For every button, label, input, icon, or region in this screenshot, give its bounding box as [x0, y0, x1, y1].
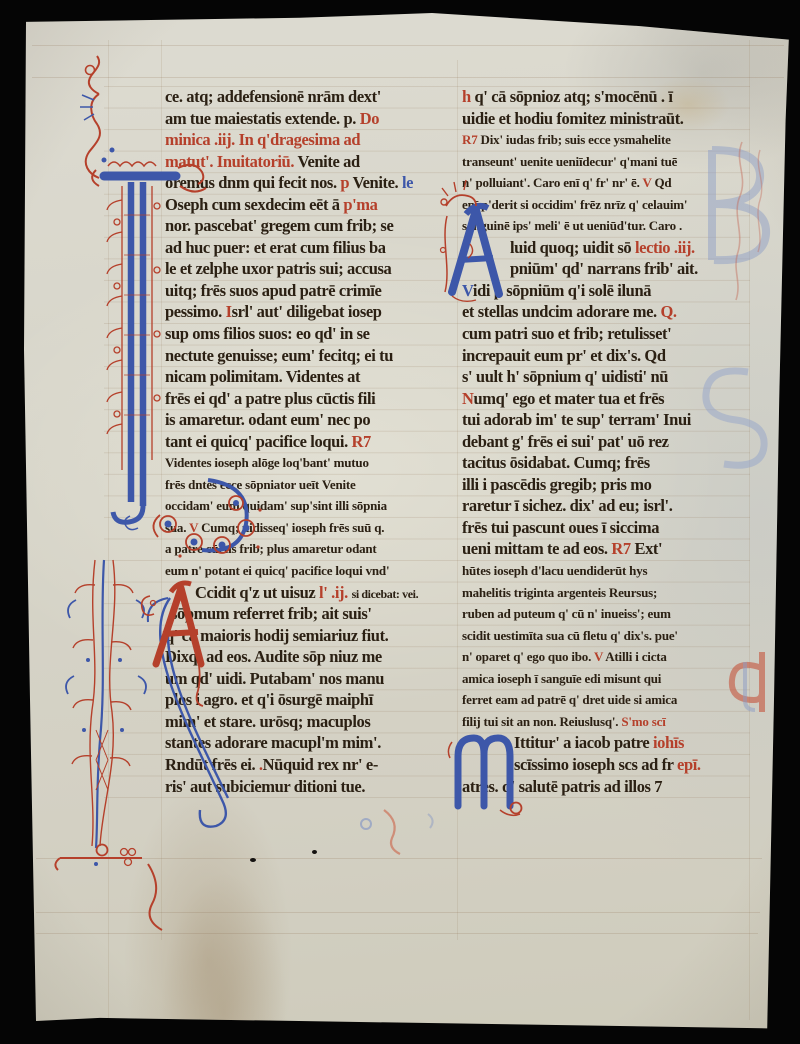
text-segment: atres. q' salutē patris ad illos 7: [462, 777, 662, 796]
text-segment: illi i pascēdis gregib; pris mo: [462, 475, 651, 494]
text-line: n' polluiant'. Caro enī q' fr' nr' ē. V …: [462, 172, 754, 194]
text-line: oremus dnm qui fecit nos. p Venite. le: [165, 172, 463, 194]
text-line: sanguinē ips' meli' ē ut ueniūd'tur. Car…: [462, 215, 754, 237]
text-segment: ferret eam ad patrē q' dret uide si amic…: [462, 692, 677, 707]
text-line: transeunt' uenite ueniīdecur' q'mani tuē: [462, 151, 754, 173]
text-segment: ruben ad puteum q' cū n' inueiss'; eum: [462, 606, 671, 621]
text-line: n' oparet q' ego quo ibo. V Atilli i cic…: [462, 646, 754, 668]
parchment-leaf: ce. atq; addefensionē nrām dext'am tue m…: [0, 0, 800, 1044]
text-line: sōpmum referret frib; ait suis': [165, 603, 463, 625]
ruling-line-vertical: [108, 40, 109, 1020]
text-segment: V: [189, 520, 201, 535]
ruling-line: [36, 912, 760, 913]
text-segment: l' .ij.: [319, 583, 352, 602]
text-segment: Cumq; uidisseq' ioseph frēs suū q.: [201, 520, 384, 535]
text-line: pniūm' qd' narrans frib' ait.: [462, 258, 754, 280]
text-segment: epī.: [677, 755, 701, 774]
text-segment: le: [402, 173, 413, 192]
text-line: filij tui sit an non. Reiuslusq'. S'mo s…: [462, 711, 754, 733]
text-line: is amaretur. odant eum' nec po: [165, 409, 463, 431]
text-segment: n' polluiant'. Caro enī q' fr' nr' ē.: [462, 175, 642, 190]
text-line: enī p'derit si occidim' frēz nrīz q' cel…: [462, 194, 754, 216]
text-segment: frēs dntes ecce sōpniator ueīt Venite: [165, 477, 356, 492]
text-segment: ueni mittam te ad eos.: [462, 539, 611, 558]
text-column-right: h q' cā sōpnioz atq; s'mocēnū . īuidie e…: [462, 86, 754, 797]
text-segment: Nūquid rex nr' e-: [263, 755, 378, 774]
text-segment: Atilli i cicta: [605, 649, 666, 664]
text-segment: amica ioseph ī sanguīe edi misunt qui: [462, 671, 661, 686]
text-line: Ccidit q'z ut uisuz l' .ij. si dicebat: …: [165, 582, 463, 604]
text-segment: is amaretur. odant eum' nec po: [165, 410, 370, 429]
text-line: cum patri suo et frib; retulisset': [462, 323, 754, 345]
text-segment: idi p sōpniūm q'i solē ilunā: [473, 281, 651, 300]
text-line: hūtes ioseph d'lacu uendiderūt hys: [462, 560, 754, 582]
text-segment: Ext': [634, 539, 662, 558]
text-segment: a patre cūctis frib; plus amaretur odant: [165, 541, 377, 556]
text-segment: ris' aut subiciemur ditioni tue.: [165, 777, 365, 796]
text-line: ce. atq; addefensionē nrām dext': [165, 86, 463, 108]
text-segment: oremus dnm qui fecit nos.: [165, 173, 340, 192]
text-segment: lectio .iij.: [635, 238, 695, 257]
text-line: Rndūt frēs ei. .Nūquid rex nr' e-: [165, 754, 463, 776]
text-segment: n' oparet q' ego quo ibo.: [462, 649, 594, 664]
text-segment: ce. atq; addefensionē nrām dext': [165, 87, 381, 106]
text-line: h q' cā sōpnioz atq; s'mocēnū . ī: [462, 86, 754, 108]
text-segment: V: [642, 175, 654, 190]
text-line: s' uult h' sōpnium q' uidisti' nū: [462, 366, 754, 388]
text-segment: srl' aut' diligebat iosep: [232, 302, 382, 321]
text-line: ad huc puer: et erat cum filius ba: [165, 237, 463, 259]
text-segment: enī p'derit si occidim' frēz nrīz q' cel…: [462, 197, 687, 212]
photograph-background: ce. atq; addefensionē nrām dext'am tue m…: [0, 0, 800, 1044]
text-segment: S'mo scī: [621, 714, 665, 729]
text-segment: si dicebat: vei.: [352, 587, 419, 601]
text-line: Numq' ego et mater tua et frēs: [462, 388, 754, 410]
text-segment: scīssimo ioseph scs ad fr: [514, 755, 677, 774]
text-line: ruben ad puteum q' cū n' inueiss'; eum: [462, 603, 754, 625]
text-line: q' cā maioris hodij semiariuz fiut.: [165, 625, 463, 647]
text-segment: raretur ī sichez. dix' ad eu; isrl'.: [462, 496, 672, 515]
text-line: matut'. Inuitatoriū. Venite ad: [165, 151, 463, 173]
text-line: R7 Dix' iudas frib; suis ecce ysmahelite: [462, 129, 754, 151]
text-line: scīssimo ioseph scs ad fr epī.: [462, 754, 754, 776]
ruling-line-vertical: [161, 40, 162, 940]
text-segment: cum patri suo et frib; retulisset': [462, 324, 671, 343]
text-line: ueni mittam te ad eos. R7 Ext': [462, 538, 754, 560]
parchment-speck: [312, 850, 317, 854]
text-line: sup oms filios suos: eo qd' in se: [165, 323, 463, 345]
text-segment: mim' et stare. urōsq; macuplos: [165, 712, 370, 731]
text-line: ferret eam ad patrē q' dret uide si amic…: [462, 689, 754, 711]
text-line: occidam' eum quidam' sup'sint illi sōpni…: [165, 495, 463, 517]
text-line: mim' et stare. urōsq; macuplos: [165, 711, 463, 733]
text-line: Ittitur' a iacob patre iohīs: [462, 732, 754, 754]
text-segment: matut'. Inuitatoriū.: [165, 152, 297, 171]
text-segment: N: [462, 389, 474, 408]
text-line: illi i pascēdis gregib; pris mo: [462, 474, 754, 496]
text-line: uitq; frēs suos apud patrē crimīe: [165, 280, 463, 302]
text-segment: ad huc puer: et erat cum filius ba: [165, 238, 386, 257]
text-segment: p'ma: [343, 195, 377, 214]
text-segment: R7: [352, 432, 371, 451]
text-segment: am tue maiestatis extende. p.: [165, 109, 360, 128]
text-line: nicam polimitam. Videntes at: [165, 366, 463, 388]
ruling-line: [32, 45, 784, 46]
text-segment: et stellas undcim adorare me.: [462, 302, 661, 321]
text-line: Oseph cum sexdecim eēt ā p'ma: [165, 194, 463, 216]
text-segment: le et zelphe uxor patris sui; accusa: [165, 259, 391, 278]
text-line: luid quoq; uidit sō lectio .iij.: [462, 237, 754, 259]
text-segment: luid quoq; uidit sō: [510, 238, 635, 257]
text-segment: Qd: [654, 175, 671, 190]
text-segment: V: [462, 281, 473, 300]
text-segment: R7: [611, 539, 634, 558]
text-segment: uitq; frēs suos apud patrē crimīe: [165, 281, 381, 300]
text-line: amica ioseph ī sanguīe edi misunt qui: [462, 668, 754, 690]
text-line: ris' aut subiciemur ditioni tue.: [165, 776, 463, 798]
text-line: frēs dntes ecce sōpniator ueīt Venite: [165, 474, 463, 496]
text-line: nor. pascebat' gregem cum frib; se: [165, 215, 463, 237]
text-line: sua. V Cumq; uidisseq' ioseph frēs suū q…: [165, 517, 463, 539]
text-segment: h: [462, 87, 471, 106]
text-segment: pniūm' qd' narrans frib' ait.: [510, 259, 698, 278]
text-segment: nectute genuisse; eum' fecitq; ei tu: [165, 346, 393, 365]
text-segment: increpauit eum pr' et dix's. Qd: [462, 346, 666, 365]
text-segment: Q.: [661, 302, 677, 321]
text-segment: transeunt' uenite ueniīdecur' q'mani tuē: [462, 154, 677, 169]
text-line: Dixq; ad eos. Audite sōp niuz me: [165, 646, 463, 668]
text-segment: Ccidit q'z ut uisuz: [195, 583, 319, 602]
ruling-line: [32, 77, 784, 78]
text-segment: s' uult h' sōpnium q' uidisti' nū: [462, 367, 668, 386]
text-segment: occidam' eum quidam' sup'sint illi sōpni…: [165, 498, 387, 513]
text-line: tui adorab im' te sup' terram' Inui: [462, 409, 754, 431]
text-segment: pessimo.: [165, 302, 226, 321]
text-segment: umq' ego et mater tua et frēs: [474, 389, 665, 408]
text-line: plos i agro. et q'i ōsurgē maiphī: [165, 689, 463, 711]
text-segment: Venite.: [353, 173, 402, 192]
text-segment: Oseph cum sexdecim eēt ā: [165, 195, 343, 214]
text-line: scidit uestimīta sua cū fletu q' dix's. …: [462, 625, 754, 647]
ruling-line: [36, 858, 762, 859]
text-line: stantes adorare macupl'm mim'.: [165, 732, 463, 754]
text-segment: stantes adorare macupl'm mim'.: [165, 733, 381, 752]
text-segment: mahelitis triginta argenteis Reursus;: [462, 585, 657, 600]
text-segment: sua.: [165, 520, 189, 535]
text-line: Videntes ioseph alōge loq'bant' mutuo: [165, 452, 463, 474]
text-segment: iohīs: [653, 733, 684, 752]
text-segment: V: [594, 649, 605, 664]
text-line: frēs ei qd' a patre plus cūctis fili: [165, 388, 463, 410]
text-segment: debant g' frēs ei sui' pat' uō rez: [462, 432, 669, 451]
text-line: minica .iij. In q'dragesima ad: [165, 129, 463, 151]
text-segment: tacitus ōsidabat. Cumq; frēs: [462, 453, 650, 472]
text-line: am tue maiestatis extende. p. Do: [165, 108, 463, 130]
text-line: et stellas undcim adorare me. Q.: [462, 301, 754, 323]
text-segment: sōpmum referret frib; ait suis': [171, 604, 372, 623]
text-segment: p: [340, 173, 352, 192]
text-segment: hūtes ioseph d'lacu uendiderūt hys: [462, 563, 647, 578]
text-segment: q' cā maioris hodij semiariuz fiut.: [165, 626, 388, 645]
text-line: debant g' frēs ei sui' pat' uō rez: [462, 431, 754, 453]
text-segment: Venite ad: [297, 152, 359, 171]
text-line: atres. q' salutē patris ad illos 7: [462, 776, 754, 798]
text-segment: nor. pascebat' gregem cum frib; se: [165, 216, 393, 235]
text-segment: Dixq; ad eos. Audite sōp niuz me: [165, 647, 382, 666]
text-line: raretur ī sichez. dix' ad eu; isrl'.: [462, 495, 754, 517]
text-segment: nicam polimitam. Videntes at: [165, 367, 360, 386]
ruling-line: [36, 933, 758, 934]
text-line: Vidi p sōpniūm q'i solē ilunā: [462, 280, 754, 302]
text-segment: Rndūt frēs ei.: [165, 755, 259, 774]
text-segment: tant ei quicq' pacifice loqui.: [165, 432, 352, 451]
text-line: pessimo. Isrl' aut' diligebat iosep: [165, 301, 463, 323]
text-segment: frēs tui pascunt oues ī siccima: [462, 518, 659, 537]
text-segment: Ittitur' a iacob patre: [514, 733, 653, 752]
text-segment: R7: [462, 132, 481, 147]
text-line: tant ei quicq' pacifice loqui. R7: [165, 431, 463, 453]
text-line: eum n' potant ei quicq' pacifice loqui v…: [165, 560, 463, 582]
text-line: uidie et hodiu fomitez ministraūt.: [462, 108, 754, 130]
text-segment: filij tui sit an non. Reiuslusq'.: [462, 714, 621, 729]
text-segment: plos i agro. et q'i ōsurgē maiphī: [165, 690, 373, 709]
marginal-flourish-marks: [361, 810, 433, 854]
text-segment: sanguinē ips' meli' ē ut ueniūd'tur. Car…: [462, 218, 682, 233]
text-line: tacitus ōsidabat. Cumq; frēs: [462, 452, 754, 474]
text-segment: eum n' potant ei quicq' pacifice loqui v…: [165, 563, 389, 578]
text-segment: q' cā sōpnioz atq; s'mocēnū . ī: [471, 87, 673, 106]
text-line: a patre cūctis frib; plus amaretur odant: [165, 538, 463, 560]
text-segment: Do: [360, 109, 379, 128]
text-line: mahelitis triginta argenteis Reursus;: [462, 582, 754, 604]
text-segment: Dix' iudas frib; suis ecce ysmahelite: [481, 132, 671, 147]
text-line: nectute genuisse; eum' fecitq; ei tu: [165, 345, 463, 367]
text-segment: um qd' uidi. Putabam' nos manu: [165, 669, 384, 688]
text-column-left: ce. atq; addefensionē nrām dext'am tue m…: [165, 86, 463, 797]
text-segment: tui adorab im' te sup' terram' Inui: [462, 410, 691, 429]
text-segment: scidit uestimīta sua cū fletu q' dix's. …: [462, 628, 678, 643]
text-line: increpauit eum pr' et dix's. Qd: [462, 345, 754, 367]
text-line: frēs tui pascunt oues ī siccima: [462, 517, 754, 539]
text-segment: minica .iij. In q'dragesima ad: [165, 130, 360, 149]
text-segment: uidie et hodiu fomitez ministraūt.: [462, 109, 684, 128]
text-segment: Videntes ioseph alōge loq'bant' mutuo: [165, 455, 369, 470]
text-segment: frēs ei qd' a patre plus cūctis fili: [165, 389, 375, 408]
text-segment: sup oms filios suos: eo qd' in se: [165, 324, 370, 343]
parchment-speck: [250, 858, 256, 862]
text-line: le et zelphe uxor patris sui; accusa: [165, 258, 463, 280]
text-line: um qd' uidi. Putabam' nos manu: [165, 668, 463, 690]
